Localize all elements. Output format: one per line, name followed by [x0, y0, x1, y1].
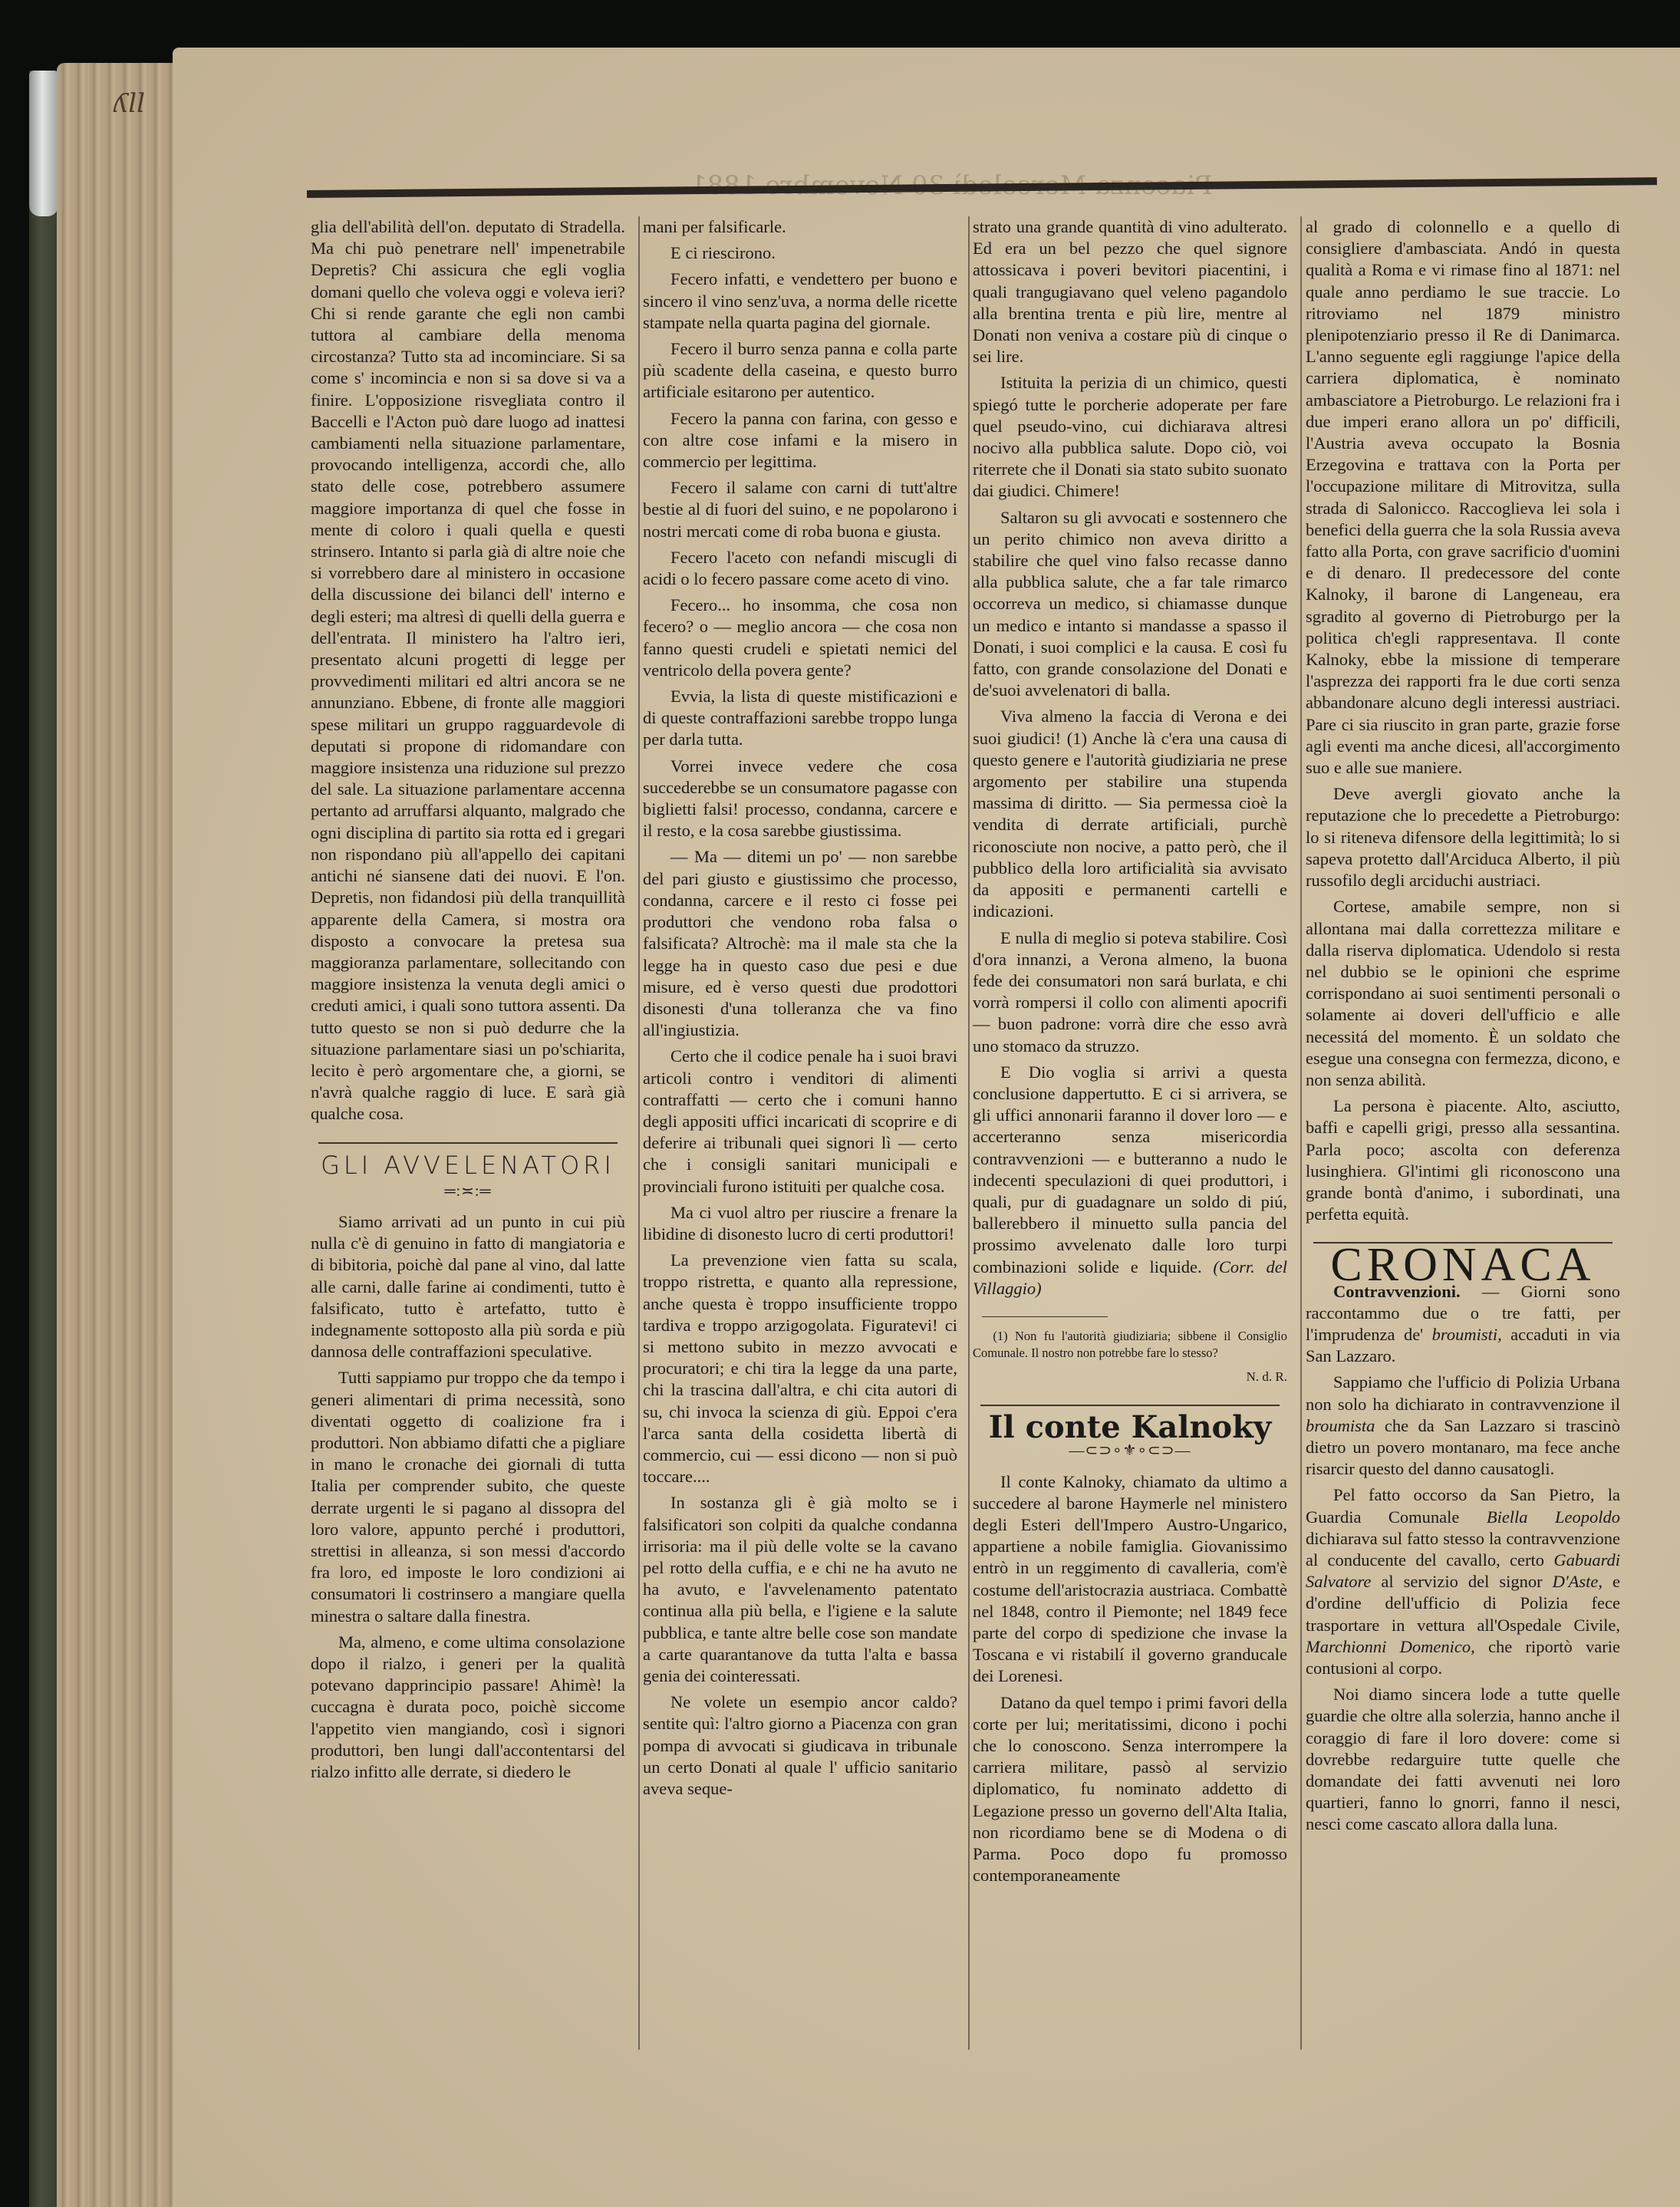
paragraph: Fecero il burro senza panna e colla part…: [643, 338, 957, 404]
page-edge-mark: ʎll: [114, 88, 145, 119]
page-edges: [57, 63, 180, 2207]
paragraph-text: Ne volete un esempio ancor caldo? sentit…: [643, 1692, 957, 1798]
paragraph: Fecero il salame con carni di tutt'altre…: [643, 477, 957, 542]
paragraph: Vorrei invece vedere che cosa succedereb…: [643, 756, 957, 842]
section-divider: [980, 1405, 1280, 1406]
paragraph-text: Istituita la perizia di un chimico, ques…: [973, 373, 1287, 500]
paragraph-text: Ma, almeno, e come ultima consolazione d…: [311, 1632, 625, 1781]
paragraph: glia dell'abilità dell'on. deputato di S…: [311, 216, 625, 1125]
paragraph: Fecero infatti, e vendettero per buono e…: [643, 268, 957, 334]
paragraph-text: La prevenzione vien fatta su scala, trop…: [643, 1250, 957, 1486]
paragraph: Pel fatto occorso da San Pietro, la Guar…: [1306, 1484, 1620, 1679]
paragraph-text: E nulla di meglio si poteva stabilire. C…: [973, 928, 1287, 1056]
paragraph: Saltaron su gli avvocati e sostennero ch…: [973, 507, 1287, 702]
paragraph: Siamo arrivati ad un punto in cui più nu…: [311, 1211, 625, 1362]
paragraph-text: In sostanza gli è già molto se i falsifi…: [643, 1493, 957, 1685]
column-divider: [1300, 216, 1302, 2050]
paragraph-text: Vorrei invece vedere che cosa succedereb…: [643, 756, 957, 841]
paragraph: Certo che il codice penale ha i suoi bra…: [643, 1046, 957, 1197]
article-title: GLI AVVELENATORI: [311, 1155, 625, 1176]
paragraph: E Dio voglia si arrivi a questa conclusi…: [973, 1062, 1287, 1299]
paragraph-text: strato una grande quantità di vino adult…: [973, 217, 1287, 366]
column-1: glia dell'abilità dell'on. deputato di S…: [311, 216, 625, 1787]
column-divider: [968, 216, 970, 2050]
footnote: (1) Non fu l'autorità giudiziaria; sibbe…: [973, 1328, 1287, 1362]
paragraph-text: Saltaron su gli avvocati e sostennero ch…: [973, 508, 1287, 700]
paragraph: In sostanza gli è già molto se i falsifi…: [643, 1492, 957, 1687]
book-cover-spine: [29, 71, 58, 2207]
paragraph: mani per falsificarle.: [643, 216, 957, 238]
paragraph: Fecero... ho insomma, che cosa non fecer…: [643, 595, 957, 681]
paragraph: Fecero la panna con farina, con gesso e …: [643, 408, 957, 473]
paragraph-text: Datano da quel tempo i primi favori dell…: [973, 1693, 1287, 1886]
paragraph: — Ma — ditemi un po' — non sarebbe del p…: [643, 846, 957, 1041]
paragraph: Fecero l'aceto con nefandi miscugli di a…: [643, 547, 957, 590]
paragraph-text: Fecero infatti, e vendettero per buono e…: [643, 269, 957, 331]
paragraph: Tutti sappiamo pur troppo che da tempo i…: [311, 1367, 625, 1626]
paragraph-text: E ci riescirono.: [670, 243, 776, 262]
paragraph-text: Viva almeno la faccia di Verona e dei su…: [973, 707, 1287, 921]
paragraph-text: al grado di colonnello e a quello di con…: [1306, 217, 1620, 777]
run-in-heading: Contravvenzioni.: [1333, 1282, 1461, 1301]
paragraph: Sappiamo che l'ufficio di Polizia Urbana…: [1306, 1372, 1620, 1480]
paragraph-text: Fecero la panna con farina, con gesso e …: [643, 409, 957, 471]
ornament-icon: ═:≍:═: [311, 1181, 625, 1202]
column-4: al grado di colonnello e a quello di con…: [1306, 216, 1620, 1840]
paragraph: Cortese, amabile sempre, non si allontan…: [1306, 896, 1620, 1091]
paragraph-text: Deve avergli giovato anche la reputazion…: [1306, 784, 1620, 890]
paragraph-text: Evvia, la lista di queste mistificazioni…: [643, 687, 957, 749]
paragraph-text: Fecero il burro senza panna e colla part…: [643, 339, 957, 401]
paragraph-text: Fecero l'aceto con nefandi miscugli di a…: [643, 548, 957, 588]
article-title: CRONACA: [1306, 1254, 1620, 1276]
footnote-divider: [982, 1316, 1108, 1317]
article-title: Il conte Kalnoky: [973, 1417, 1287, 1438]
paragraph-text: Il conte Kalnoky, chiamato da ultimo a s…: [973, 1472, 1287, 1686]
paragraph: La prevenzione vien fatta su scala, trop…: [643, 1250, 957, 1487]
paragraph-text: Noi diamo sincera lode a tutte quelle gu…: [1306, 1685, 1620, 1833]
paragraph: Contravvenzioni. — Giorni sono raccontam…: [1306, 1281, 1620, 1368]
paragraph: Viva almeno la faccia di Verona e dei su…: [973, 706, 1287, 922]
column-2: mani per falsificarle.E ci riescirono.Fe…: [643, 216, 957, 1804]
paragraph-text: Fecero... ho insomma, che cosa non fecer…: [643, 595, 957, 680]
paragraph: E ci riescirono.: [643, 242, 957, 264]
paragraph-text: Pel fatto occorso da San Pietro, la Guar…: [1306, 1485, 1620, 1678]
column-divider: [638, 216, 640, 2050]
paragraph-text: Tutti sappiamo pur troppo che da tempo i…: [311, 1368, 625, 1625]
book-cover-corner: [29, 71, 58, 216]
paragraph-text: Sappiamo che l'ufficio di Polizia Urbana…: [1306, 1372, 1620, 1478]
paragraph: Ne volete un esempio ancor caldo? sentit…: [643, 1691, 957, 1800]
paragraph-text: Siamo arrivati ad un punto in cui più nu…: [311, 1212, 625, 1361]
paragraph: Evvia, la lista di queste mistificazioni…: [643, 686, 957, 751]
paragraph: Ma ci vuol altro per riuscire a frenare …: [643, 1202, 957, 1245]
paragraph: Deve avergli giovato anche la reputazion…: [1306, 783, 1620, 891]
paragraph: Noi diamo sincera lode a tutte quelle gu…: [1306, 1684, 1620, 1835]
paragraph-text: — Ma — ditemi un po' — non sarebbe del p…: [643, 847, 957, 1039]
paragraph: E nulla di meglio si poteva stabilire. C…: [973, 927, 1287, 1057]
paragraph: Il conte Kalnoky, chiamato da ultimo a s…: [973, 1471, 1287, 1688]
paragraph-text: mani per falsificarle.: [643, 217, 786, 236]
editor-note-signature: N. d. R.: [973, 1366, 1287, 1388]
paragraph-text: Fecero il salame con carni di tutt'altre…: [643, 478, 957, 540]
paragraph-text: glia dell'abilità dell'on. deputato di S…: [311, 217, 625, 1123]
paragraph: La persona è piacente. Alto, asciutto, b…: [1306, 1095, 1620, 1225]
paragraph-text: Cortese, amabile sempre, non si allontan…: [1306, 897, 1620, 1089]
paragraph: al grado di colonnello e a quello di con…: [1306, 216, 1620, 779]
paragraph: Istituita la perizia di un chimico, ques…: [973, 372, 1287, 502]
paragraph-text: Ma ci vuol altro per riuscire a frenare …: [643, 1203, 957, 1243]
paragraph: Datano da quel tempo i primi favori dell…: [973, 1692, 1287, 1887]
paragraph-text: E Dio voglia si arrivi a questa conclusi…: [973, 1062, 1287, 1276]
paragraph-text: La persona è piacente. Alto, asciutto, b…: [1306, 1096, 1620, 1224]
paragraph-text: Certo che il codice penale ha i suoi bra…: [643, 1046, 957, 1195]
paragraph: strato una grande quantità di vino adult…: [973, 216, 1287, 367]
section-divider: [318, 1142, 618, 1144]
column-3: strato una grande quantità di vino adult…: [973, 216, 1287, 1891]
paragraph: Ma, almeno, e come ultima consolazione d…: [311, 1632, 625, 1783]
